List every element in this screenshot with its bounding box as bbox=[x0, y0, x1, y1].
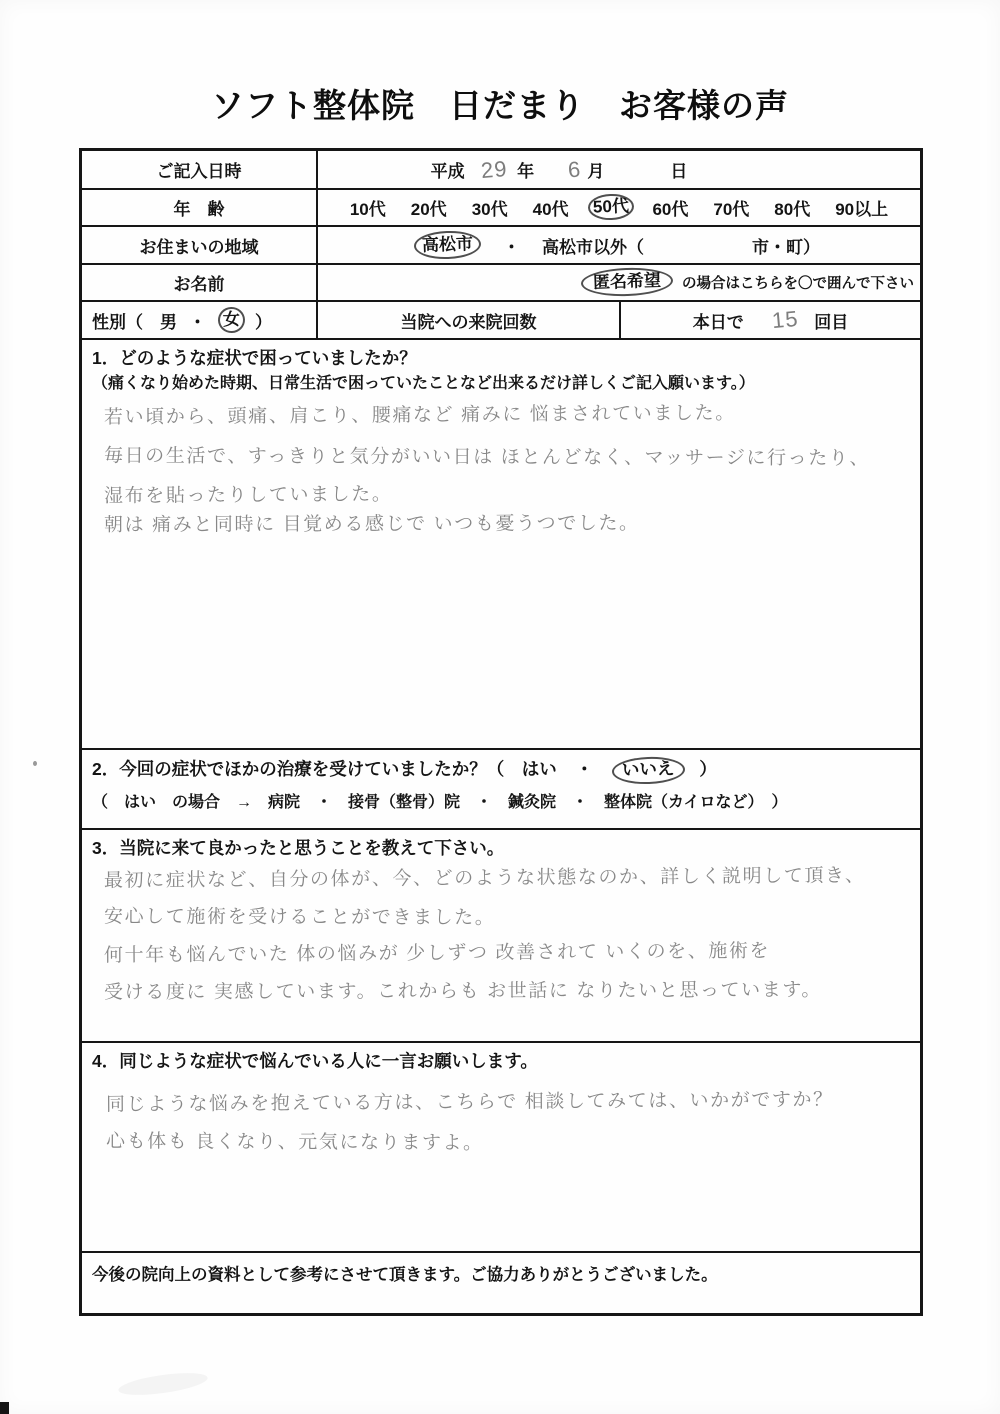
area-row: お住まいの地域 高松市 ・ 高松市以外（ 市・町） bbox=[82, 227, 920, 265]
age-option-70s: 70代 bbox=[713, 195, 749, 220]
q1-answer-line: 若い頃から、頭痛、肩こり、腰痛など 痛みに 悩まされていました。 bbox=[104, 398, 736, 429]
gender-separator: ・ bbox=[189, 308, 206, 333]
area-option-other: 高松市以外（ bbox=[542, 233, 644, 258]
anonymous-note: の場合はこちらを〇で囲んで下さい bbox=[682, 272, 914, 293]
anonymous-option-circled: 匿名希望 bbox=[581, 267, 674, 298]
month-suffix: 月 bbox=[587, 157, 604, 182]
question-1-title: 1．どのような症状で困っていましたか？ bbox=[92, 347, 910, 371]
gender-option-female-circled: 女 bbox=[218, 306, 246, 333]
age-option-20s: 20代 bbox=[411, 195, 447, 220]
question-3-title: 3．当院に来て良かったと思うことを教えて下さい。 bbox=[92, 837, 910, 861]
footer-note-box: 今後の院向上の資料として参考にさせて頂きます。ご協力ありがとうございました。 bbox=[82, 1253, 920, 1313]
gender-label-suffix: ） bbox=[255, 308, 272, 333]
q4-answer-line: 同じような悩みを抱えている方は、こちらで 相談してみては、いかがですか？ bbox=[106, 1084, 834, 1116]
name-row: お名前 匿名希望 の場合はこちらを〇で囲んで下さい bbox=[82, 265, 920, 302]
question-4-box: 4．同じような症状で悩んでいる人に一言お願いします。 同じような悩みを抱えている… bbox=[82, 1043, 920, 1253]
date-row-value: 平成 29 年 6 月 日 bbox=[318, 151, 920, 188]
today-prefix: 本日で bbox=[693, 308, 744, 333]
name-row-label: お名前 bbox=[82, 265, 318, 300]
age-option-30s: 30代 bbox=[472, 195, 508, 220]
q1-answer-line: 湿布を貼ったりしていました。 bbox=[104, 479, 393, 508]
q2-option-no-circled: いいえ bbox=[612, 756, 685, 785]
handwritten-month: 6 bbox=[567, 156, 582, 183]
q3-answer-line: 何十年も悩んでいた 体の悩みが 少しずつ 改善されて いくのを、施術を bbox=[104, 936, 770, 968]
question-3-box: 3．当院に来て良かったと思うことを教えて下さい。 最初に症状など、自分の体が、今… bbox=[82, 830, 920, 1043]
question-1-subtitle: （痛くなり始めた時期、日常生活で困っていたことなど出来るだけ詳しくご記入願います… bbox=[92, 373, 910, 395]
area-separator: ・ bbox=[503, 233, 520, 258]
year-suffix: 年 bbox=[517, 157, 534, 182]
handwritten-visit-count: 15 bbox=[771, 306, 800, 334]
scan-corner-artifact bbox=[0, 1402, 9, 1414]
q3-answer-line: 最初に症状など、自分の体が、今、どのような状態なのか、詳しく説明して頂き、 bbox=[104, 860, 866, 892]
gender-cell: 性別（ 男 ・ 女 ） bbox=[82, 302, 318, 338]
age-options: 10代 20代 30代 40代 50代 60代 70代 80代 90以上 bbox=[318, 194, 920, 220]
gender-visits-row: 性別（ 男 ・ 女 ） 当院への来院回数 本日で 15 回目 bbox=[82, 302, 920, 340]
today-suffix: 回目 bbox=[814, 308, 848, 333]
q1-answer-line: 毎日の生活で、すっきりと気分がいい日は ほとんどなく、マッサージに行ったり、 bbox=[104, 441, 870, 471]
date-row-label: ご記入日時 bbox=[82, 151, 318, 188]
question-2-title: 2．今回の症状でほかの治療を受けていましたか？（ はい ・ いいえ ） bbox=[92, 757, 910, 784]
area-option-takamatsu-circled: 高松市 bbox=[414, 230, 482, 261]
age-row: 年 齢 10代 20代 30代 40代 50代 60代 70代 80代 90以上 bbox=[82, 190, 920, 227]
era-label: 平成 bbox=[431, 157, 465, 182]
day-suffix: 日 bbox=[670, 157, 687, 182]
scan-smudge bbox=[117, 1369, 209, 1399]
q3-answer-line: 受ける度に 実感しています。これからも お世話に なりたいと思っています。 bbox=[104, 975, 822, 1005]
age-option-10s: 10代 bbox=[350, 195, 386, 220]
question-2-box: 2．今回の症状でほかの治療を受けていましたか？（ はい ・ いいえ ） （ はい… bbox=[82, 750, 920, 830]
question-1-box: 1．どのような症状で困っていましたか？ （痛くなり始めた時期、日常生活で困ってい… bbox=[82, 340, 920, 750]
age-option-60s: 60代 bbox=[652, 195, 688, 220]
age-option-50s-circled: 50代 bbox=[587, 194, 634, 222]
date-row: ご記入日時 平成 29 年 6 月 日 bbox=[82, 151, 920, 190]
age-option-80s: 80代 bbox=[774, 195, 810, 220]
age-option-40s: 40代 bbox=[533, 195, 569, 220]
page-title: ソフト整体院 日だまり お客様の声 bbox=[0, 80, 1000, 127]
handwritten-year: 29 bbox=[480, 155, 509, 183]
question-4-title: 4．同じような症状で悩んでいる人に一言お願いします。 bbox=[92, 1050, 910, 1074]
q1-answer-line: 朝は 痛みと同時に 目覚める感じで いつも憂うつでした。 bbox=[104, 508, 640, 537]
age-row-label: 年 齢 bbox=[82, 190, 318, 225]
area-row-label: お住まいの地域 bbox=[82, 227, 318, 263]
q3-answer-line: 安心して施術を受けることができました。 bbox=[104, 901, 495, 929]
q2-separator: ・ bbox=[576, 759, 594, 779]
question-2-subtitle: （ はい の場合 → 病院 ・ 接骨（整骨）院 ・ 鍼灸院 ・ 整体院（カイロな… bbox=[92, 792, 910, 814]
visits-label-cell: 当院への来院回数 bbox=[318, 302, 621, 338]
feedback-form-table: ご記入日時 平成 29 年 6 月 日 年 齢 10代 20代 30代 40代 bbox=[79, 148, 923, 1316]
gender-label-prefix: 性別（ 男 bbox=[92, 308, 177, 333]
scan-speck bbox=[33, 761, 37, 766]
scanned-feedback-form: ソフト整体院 日だまり お客様の声 ご記入日時 平成 29 年 6 月 日 年 … bbox=[0, 0, 1000, 1414]
visits-count-cell: 本日で 15 回目 bbox=[621, 302, 920, 338]
footer-note: 今後の院向上の資料として参考にさせて頂きます。ご協力ありがとうございました。 bbox=[92, 1266, 718, 1284]
age-option-90plus: 90以上 bbox=[835, 195, 888, 220]
area-option-other-end: 市・町） bbox=[752, 233, 820, 258]
q4-answer-line: 心も体も 良くなり、元気になりますよ。 bbox=[106, 1126, 484, 1155]
